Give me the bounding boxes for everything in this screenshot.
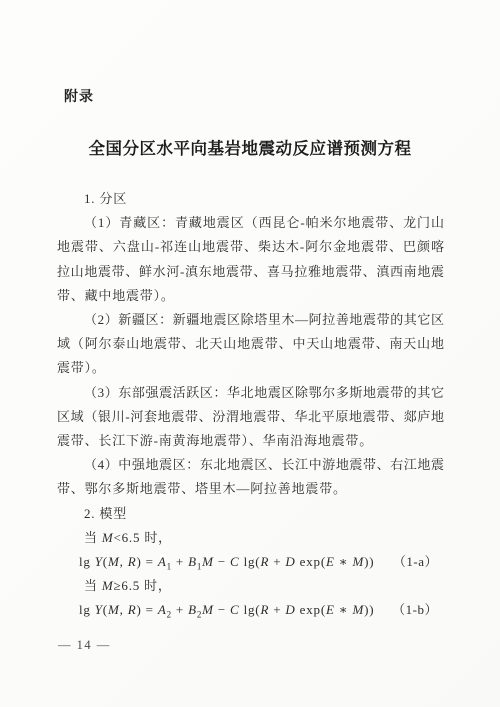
section-heading-model: 2. 模型 [57,502,444,526]
equation-1b-line: lg Y(M, R) = A2 + B2M − C lg(R + D exp(E… [57,598,444,622]
document-page: 附录 全国分区水平向基岩地震动反应谱预测方程 1. 分区 （1）青藏区：青藏地震… [0,0,500,707]
paragraph-xinjiang-line-2: 域（阿尔泰山地震带、北天山地震带、中天山地震带、南天山地 [57,332,444,356]
equation-1a-label: （1-a） [393,550,438,574]
condition-m-greater-equal: 当 M≥6.5 时， [57,574,444,598]
equation-1b-label: （1-b） [392,598,438,622]
document-body: 1. 分区 （1）青藏区：青藏地震区（西昆仑-帕米尔地震带、龙门山 地震带、六盘… [57,187,444,623]
appendix-label: 附录 [64,86,94,106]
paragraph-moderate-line-2: 带、鄂尔多斯地震带、塔里木—阿拉善地震带。 [57,477,444,501]
condition-m-less: 当 M<6.5 时， [57,526,444,550]
paragraph-qingzang-line-4: 带、藏中地震带）。 [57,284,444,308]
paragraph-moderate-line-1: （4）中强地震区：东北地震区、长江中游地震带、右江地震 [57,453,444,477]
page-number: — 14 — [58,638,111,653]
page-title: 全国分区水平向基岩地震动反应谱预测方程 [0,135,500,159]
section-heading-zoning: 1. 分区 [57,187,444,211]
equation-1b-body: lg Y(M, R) = A2 + B2M − C lg(R + D exp(E… [79,602,374,617]
paragraph-eastern-line-2: 区域（银川-河套地震带、汾渭地震带、华北平原地震带、郯庐地 [57,405,444,429]
equation-1a-line: lg Y(M, R) = A1 + B1M − C lg(R + D exp(E… [57,550,444,574]
paragraph-qingzang-line-2: 地震带、六盘山-祁连山地震带、柴达木-阿尔金地震带、巴颜喀 [57,235,444,259]
paragraph-xinjiang-line-1: （2）新疆区：新疆地震区除塔里木—阿拉善地震带的其它区 [57,308,444,332]
equation-1a-body: lg Y(M, R) = A1 + B1M − C lg(R + D exp(E… [79,554,374,569]
paragraph-qingzang-line-1: （1）青藏区：青藏地震区（西昆仑-帕米尔地震带、龙门山 [57,211,444,235]
paragraph-eastern-line-1: （3）东部强震活跃区：华北地震区除鄂尔多斯地震带的其它 [57,381,444,405]
paragraph-eastern-line-3: 震带、长江下游-南黄海地震带）、华南沿海地震带。 [57,429,444,453]
paragraph-xinjiang-line-3: 震带）。 [57,356,444,380]
paragraph-qingzang-line-3: 拉山地震带、鲜水河-滇东地震带、喜马拉雅地震带、滇西南地震 [57,260,444,284]
